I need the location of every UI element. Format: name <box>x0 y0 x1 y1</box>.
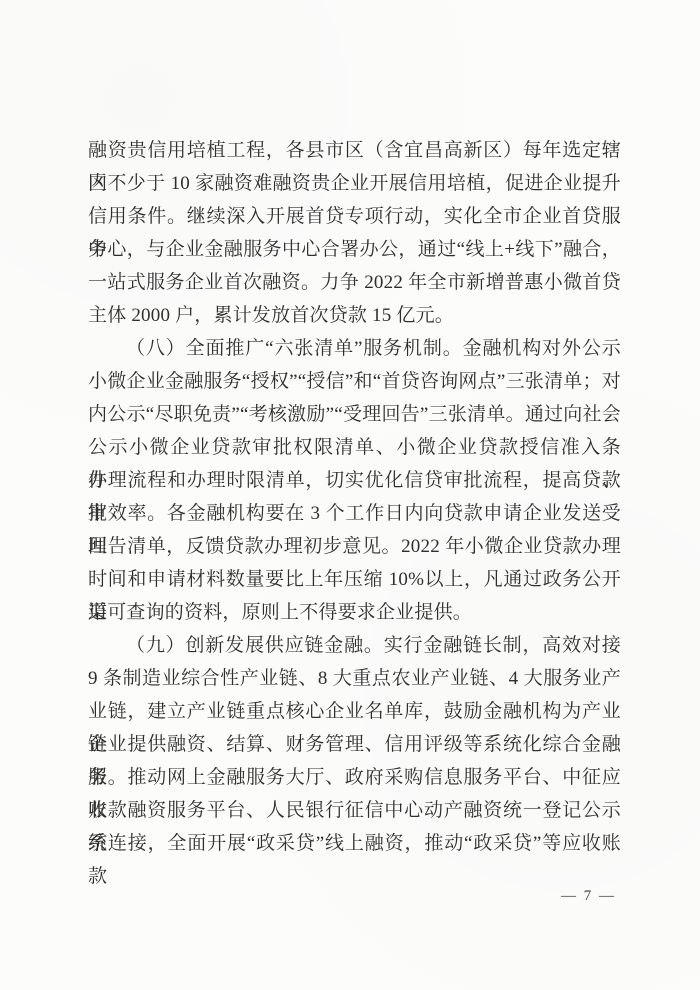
text-line: 批效率。各金融机构要在 3 个工作日内向贷款申请企业发送受理 <box>88 497 621 530</box>
text-line: 信用条件。继续深入开展首贷专项行动，实化全市企业首贷服务 <box>88 200 621 233</box>
text-line: 9 条制造业综合性产业链、8 大重点农业产业链、4 大服务业产 <box>88 662 621 695</box>
text-line: （八）全面推广“六张清单”服务机制。金融机构对外公示 <box>88 332 621 365</box>
text-line: 统连接，全面开展“政采贷”线上融资，推动“政采贷”等应收账款 <box>88 827 621 860</box>
text-line: 公示小微企业贷款审批权限清单、小微企业贷款授信准入条件、 <box>88 431 621 464</box>
page-number: — 7 — <box>561 888 616 905</box>
text-line: 融资贵信用培植工程，各县市区（含宜昌高新区）每年选定辖区 <box>88 134 621 167</box>
text-line: 时间和申请材料数量要比上年压缩 10%以上，凡通过政务公开渠 <box>88 563 621 596</box>
text-line: 小微企业金融服务“授权”“授信”和“首贷咨询网点”三张清单；对 <box>88 365 621 398</box>
text-line: 主体 2000 户，累计发放首次贷款 15 亿元。 <box>88 299 621 332</box>
text-line: 道可查询的资料，原则上不得要求企业提供。 <box>88 596 621 629</box>
text-line: 办理流程和办理时限清单，切实优化信贷审批流程，提高贷款审 <box>88 464 621 497</box>
text-line: （九）创新发展供应链金融。实行金融链长制，高效对接 <box>88 629 621 662</box>
text-line: 业链，建立产业链重点核心企业名单库，鼓励金融机构为产业链 <box>88 695 621 728</box>
text-line: 中心，与企业金融服务中心合署办公，通过“线上+线下”融合， <box>88 233 621 266</box>
text-line: 回告清单，反馈贷款办理初步意见。2022 年小微企业贷款办理 <box>88 530 621 563</box>
text-line: 一站式服务企业首次融资。力争 2022 年全市新增普惠小微首贷 <box>88 266 621 299</box>
text-line: 账款融资服务平台、人民银行征信中心动产融资统一登记公示系 <box>88 794 621 827</box>
text-line: 内公示“尽职免责”“考核激励”“受理回告”三张清单。通过向社会 <box>88 398 621 431</box>
document-page: 融资贵信用培植工程，各县市区（含宜昌高新区）每年选定辖区内不少于 10 家融资难… <box>0 0 700 990</box>
text-line: 务。推动网上金融服务大厅、政府采购信息服务平台、中征应收 <box>88 761 621 794</box>
body-text: 融资贵信用培植工程，各县市区（含宜昌高新区）每年选定辖区内不少于 10 家融资难… <box>88 134 621 860</box>
text-line: 内不少于 10 家融资难融资贵企业开展信用培植，促进企业提升 <box>88 167 621 200</box>
text-line: 企业提供融资、结算、财务管理、信用评级等系统化综合金融服 <box>88 728 621 761</box>
